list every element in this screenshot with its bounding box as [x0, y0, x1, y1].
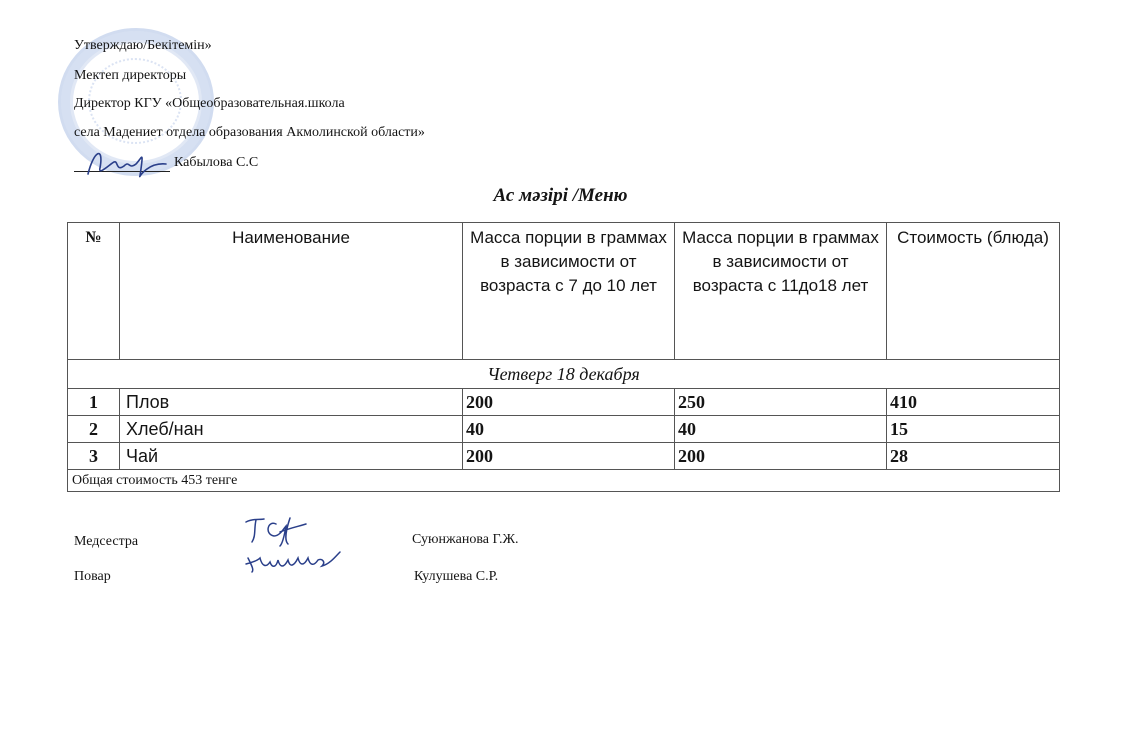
- director-signature-line: [74, 171, 170, 172]
- day-row: Четверг 18 декабря: [68, 360, 1060, 389]
- total-cost: Общая стоимость 453 тенге: [68, 470, 1060, 492]
- nurse-role: Медсестра: [74, 534, 138, 550]
- approval-line-2: Мектеп директоры: [74, 68, 186, 84]
- nurse-signature: [240, 514, 310, 548]
- menu-table: № Наименование Масса порции в граммах в …: [67, 222, 1060, 492]
- dish-price: 15: [887, 416, 1060, 443]
- header-mass-11-18: Масса порции в граммах в зависимости от …: [675, 223, 887, 360]
- approval-line-1: Утверждаю/Бекітемін»: [74, 38, 212, 54]
- dish-price: 28: [887, 443, 1060, 470]
- mass-7-10: 40: [463, 416, 675, 443]
- header-name: Наименование: [120, 223, 463, 360]
- dish-price: 410: [887, 389, 1060, 416]
- header-mass-7-10: Масса порции в граммах в зависимости от …: [463, 223, 675, 360]
- row-number: 2: [68, 416, 120, 443]
- mass-11-18: 40: [675, 416, 887, 443]
- row-number: 1: [68, 389, 120, 416]
- menu-title: Ас мәзірі /Меню: [0, 185, 1121, 207]
- mass-11-18: 200: [675, 443, 887, 470]
- dish-name: Чай: [120, 443, 463, 470]
- dish-name: Хлеб/нан: [120, 416, 463, 443]
- row-number: 3: [68, 443, 120, 470]
- table-row: 3 Чай 200 200 28: [68, 443, 1060, 470]
- director-name: Кабылова С.С: [174, 155, 258, 171]
- table-row: 1 Плов 200 250 410: [68, 389, 1060, 416]
- cook-signature: [244, 548, 344, 576]
- total-row: Общая стоимость 453 тенге: [68, 470, 1060, 492]
- header-price: Стоимость (блюда): [887, 223, 1060, 360]
- cook-name: Кулушева С.Р.: [414, 569, 498, 585]
- director-signature: [80, 140, 170, 182]
- table-row: 2 Хлеб/нан 40 40 15: [68, 416, 1060, 443]
- nurse-name: Суюнжанова Г.Ж.: [412, 532, 519, 548]
- table-header-row: № Наименование Масса порции в граммах в …: [68, 223, 1060, 360]
- mass-11-18: 250: [675, 389, 887, 416]
- cook-role: Повар: [74, 569, 111, 585]
- header-number: №: [68, 223, 120, 360]
- approval-line-3: Директор КГУ «Общеобразовательная.школа: [74, 96, 345, 112]
- mass-7-10: 200: [463, 389, 675, 416]
- dish-name: Плов: [120, 389, 463, 416]
- day-label: Четверг 18 декабря: [68, 360, 1060, 389]
- mass-7-10: 200: [463, 443, 675, 470]
- approval-line-4: села Мадениет отдела образования Акмолин…: [74, 125, 425, 141]
